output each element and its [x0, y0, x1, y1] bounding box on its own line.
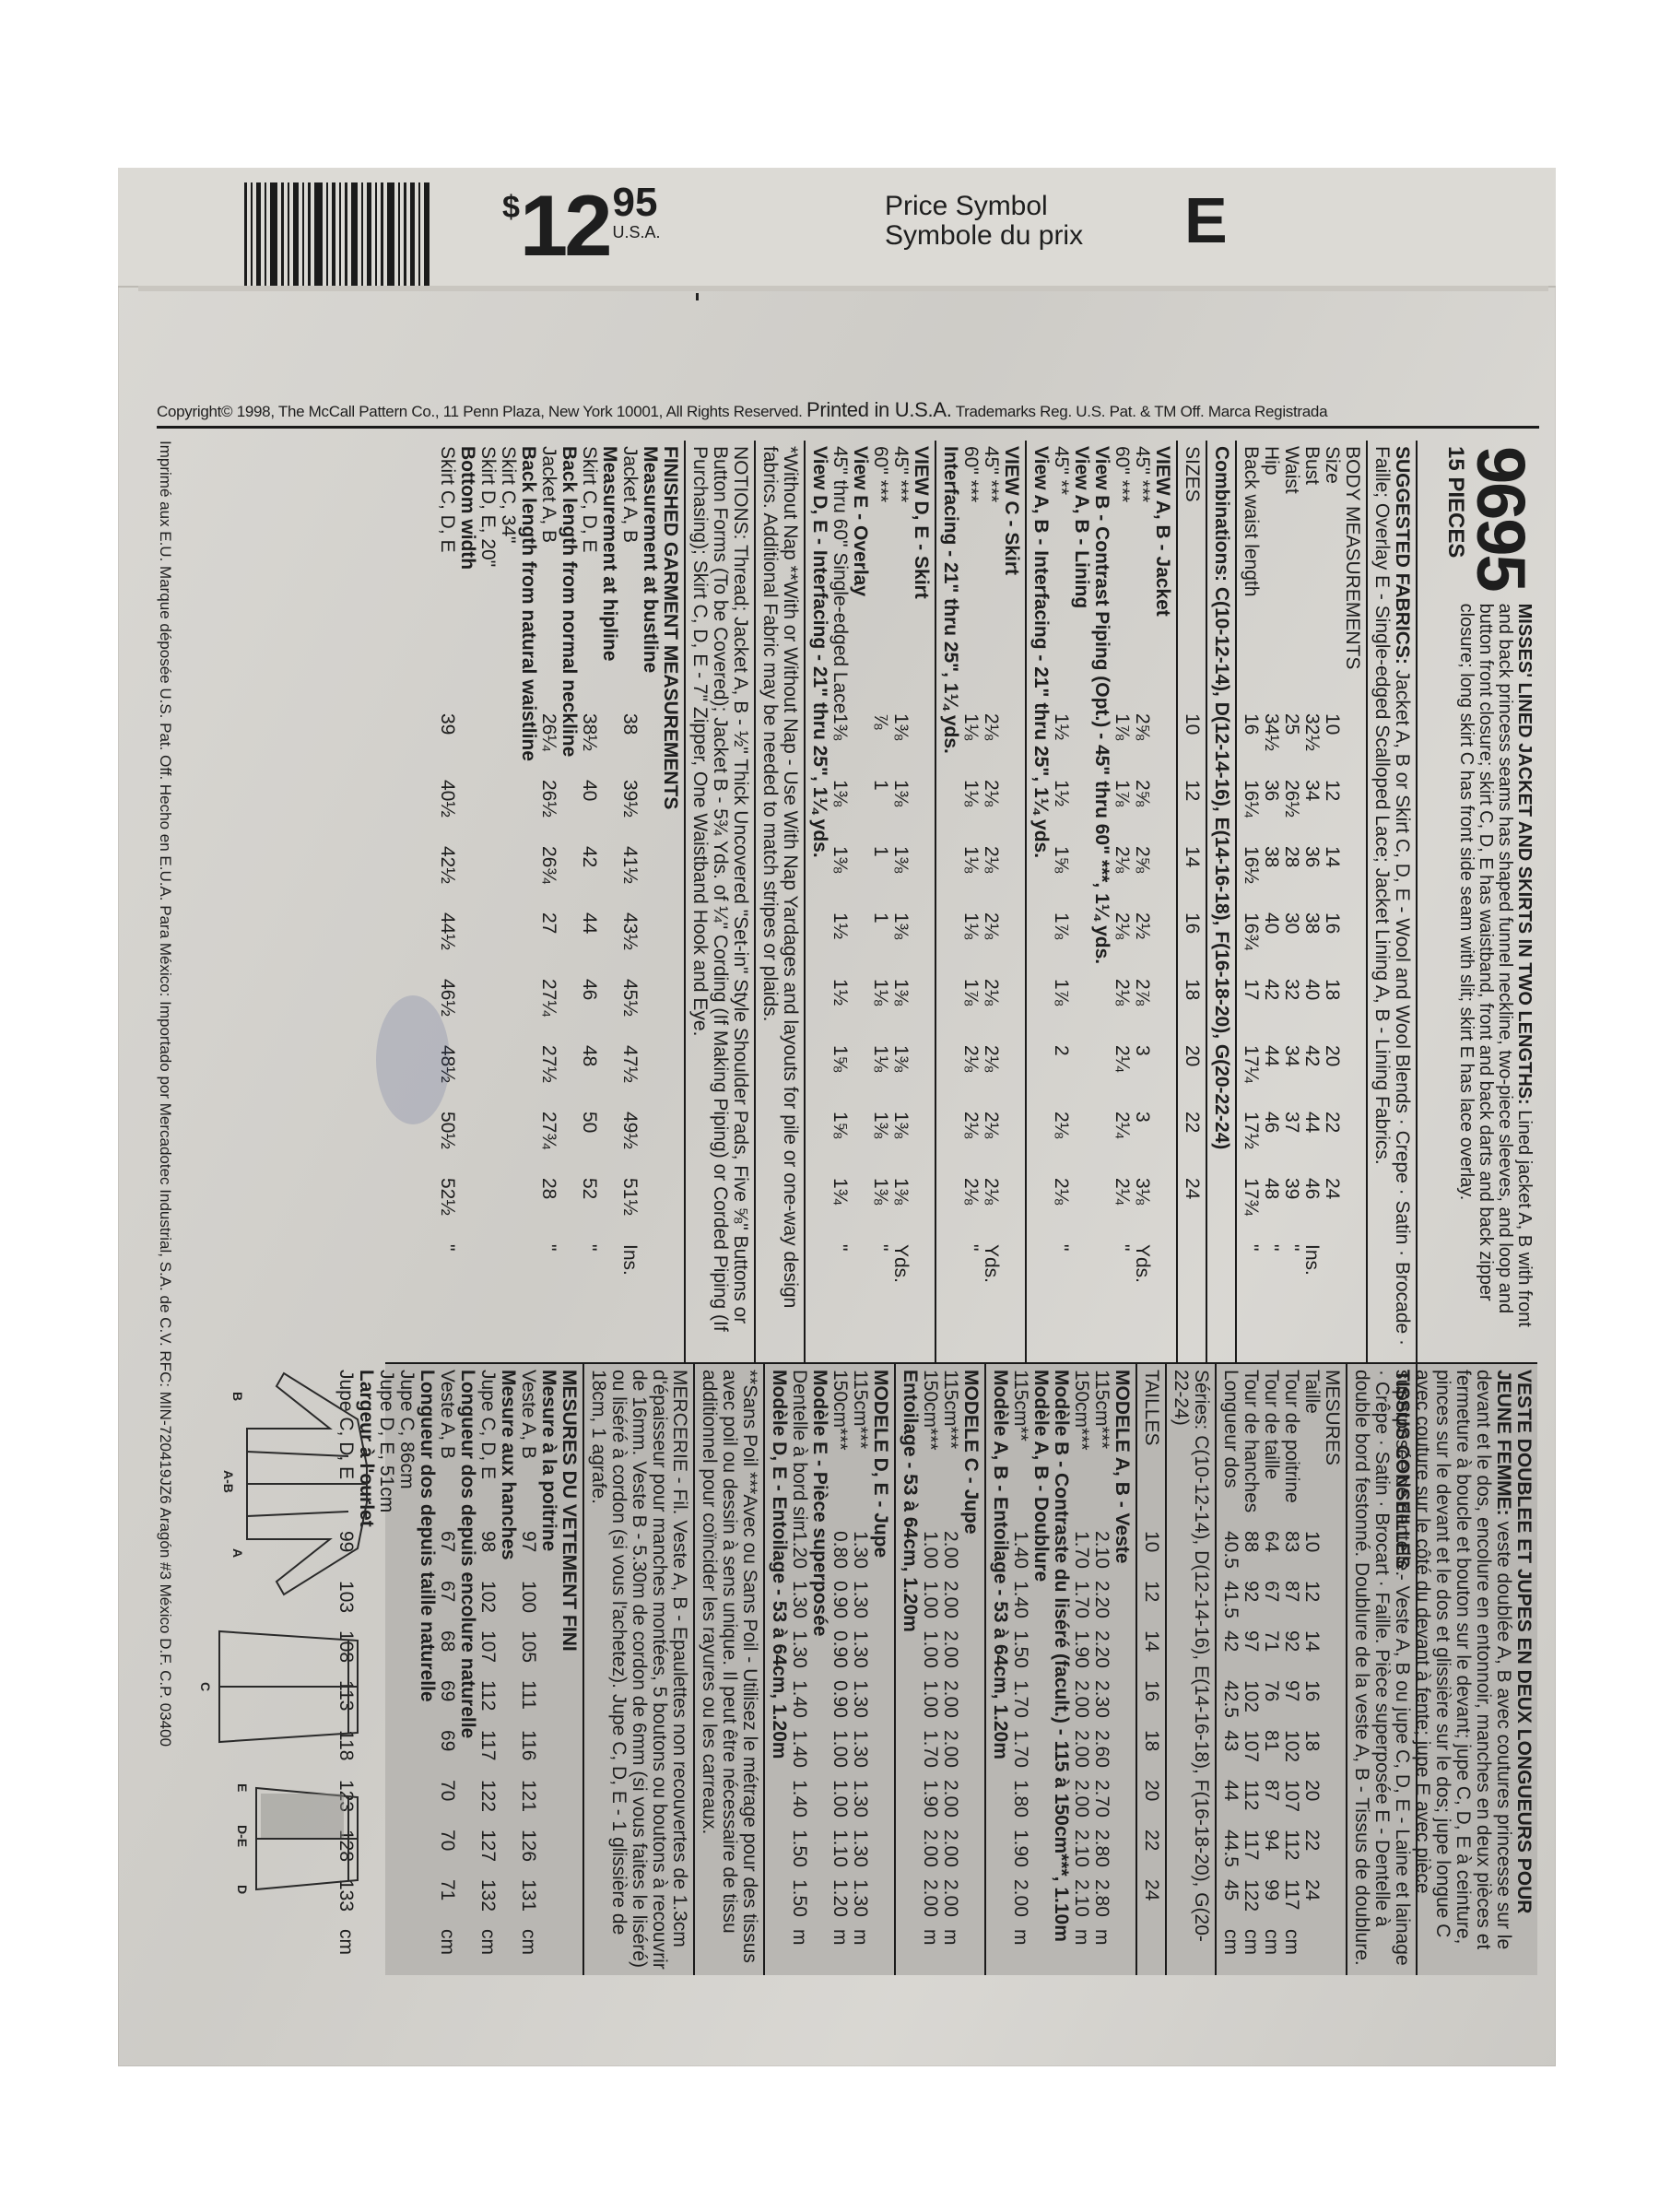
row-value: 40	[1261, 912, 1281, 979]
measurement-row: Jacket A, B3839½41½43½45½47½49½51½Ins.	[619, 446, 640, 1357]
row-value: 38½	[579, 713, 599, 780]
price-cents: 95	[612, 182, 660, 223]
row-value: 44½	[437, 912, 457, 979]
row-value: 34	[1301, 780, 1322, 846]
row-value: 1⅜	[829, 713, 850, 780]
row-value: 1.40	[1010, 1581, 1030, 1630]
row-value: 132	[477, 1879, 498, 1929]
row-value: 2⅛	[981, 846, 1001, 912]
row-value: 88	[1241, 1531, 1261, 1581]
row-value: 2.00	[1071, 1730, 1091, 1780]
row-value: 2⅝	[1132, 713, 1152, 780]
row-value: 1.00	[829, 1780, 850, 1830]
section-heading: MODELE A, B - Veste	[1112, 1370, 1132, 1970]
row-label: Longueur dos	[1220, 1370, 1241, 1531]
notions-en: NOTIONS: Thread; Jacket A, B - ½" Thick …	[684, 441, 754, 1362]
row-value: 43½	[619, 912, 640, 979]
row-value: 2⅛	[1112, 912, 1132, 979]
nap-note-fr: **Sans Poil ***Avec ou Sans Poil - Utili…	[693, 1364, 763, 1975]
section-heading: Measurement at bustline	[640, 446, 660, 1357]
row-value: 2.10	[1091, 1531, 1112, 1581]
row-value: 1	[870, 912, 890, 979]
measurement-row: 115cm***1.301.301.301.301.301.301.301.30…	[850, 1370, 870, 1970]
row-value: 2⅛	[981, 713, 1001, 780]
measurement-row: 115cm***2.002.002.002.002.002.002.002.00…	[940, 1370, 960, 1970]
row-value: 1⅜	[890, 912, 911, 979]
row-label: 150cm***	[829, 1370, 850, 1531]
measurement-row: Jacket A, B26¼26½26¾2727¼27½27¾28"	[538, 446, 559, 1357]
row-value: 20	[1301, 1780, 1322, 1830]
row-value: 39	[1281, 1178, 1301, 1244]
row-value: 1.00	[920, 1630, 940, 1680]
row-value: 1⅝	[829, 1045, 850, 1112]
price-symbol-fr: Symbole du prix	[885, 221, 1083, 251]
row-value: 1.50	[1010, 1630, 1030, 1680]
section-heading: VIEW C - Skirt	[1001, 446, 1021, 1357]
row-value: 50½	[437, 1112, 457, 1178]
row-value: 20	[1322, 1045, 1342, 1112]
row-value: 69	[437, 1730, 457, 1780]
sizes-fr: TAILLES1012141618202224	[1135, 1364, 1165, 1975]
english-bottom-area	[146, 441, 383, 1362]
measurement-row: TAILLES1012141618202224	[1141, 1370, 1161, 1970]
row-value: 2⅛	[1112, 846, 1132, 912]
row-unit: m	[789, 1929, 809, 1970]
measurement-row: 150cm***0.800.900.900.901.001.001.101.20…	[829, 1370, 850, 1970]
row-value: 1.30	[850, 1680, 870, 1730]
row-unit: "	[1051, 1244, 1071, 1285]
row-value: 1⅞	[960, 979, 981, 1045]
row-value: 2.00	[1071, 1680, 1091, 1730]
row-value: 14	[1141, 1630, 1161, 1680]
row-unit: cm	[1220, 1929, 1241, 1970]
svg-text:D-E: D-E	[235, 1825, 250, 1847]
row-value: 10	[1141, 1531, 1161, 1581]
row-value: 1.70	[1010, 1730, 1030, 1780]
row-label: Skirt C, D, E	[437, 446, 457, 713]
row-value: 98	[477, 1531, 498, 1581]
french-column: VESTE DOUBLEE ET JUPES EN DEUX LONGUEURS…	[385, 1364, 1537, 1975]
row-label: Veste A, B	[437, 1370, 457, 1531]
row-unit: "	[1241, 1244, 1261, 1285]
row-value: 16¼	[1241, 780, 1261, 846]
row-value: 117	[1281, 1879, 1301, 1929]
row-value: 2¼	[1112, 1178, 1132, 1244]
combinations-text: Combinations: C(10-12-14), D(12-14-16), …	[1211, 446, 1232, 1149]
row-value: 1½	[1051, 713, 1071, 780]
row-unit: "	[829, 1244, 850, 1285]
row-value: 1.30	[850, 1531, 870, 1581]
price-symbol-label: Price Symbol Symbole du prix	[885, 192, 1083, 251]
measurement-row: Dentelle à bord simple de 115 à 150cm1.2…	[789, 1370, 809, 1970]
row-value: 16	[1241, 713, 1261, 780]
measurement-row: Size1012141618202224	[1322, 446, 1342, 1357]
row-value: 16	[1182, 912, 1202, 979]
row-value: 1⅛	[870, 979, 890, 1045]
row-label: TAILLES	[1141, 1370, 1161, 1531]
row-value: 1⅛	[960, 780, 981, 846]
row-unit: cm	[1241, 1929, 1261, 1970]
row-value: 18	[1301, 1730, 1322, 1780]
row-value: 3	[1132, 1045, 1152, 1112]
row-value: 22	[1301, 1830, 1322, 1879]
row-value: 49½	[619, 1112, 640, 1178]
row-label: 60" ***	[960, 446, 981, 713]
notions-fr: MERCERIE - Fil. Veste A, B - Epaulettes …	[582, 1364, 693, 1975]
row-value: 20	[1182, 1045, 1202, 1112]
row-value: 2⅞	[1132, 979, 1152, 1045]
row-value: 1.30	[850, 1879, 870, 1929]
row-value: ⅞	[870, 713, 890, 780]
row-value: 2.10	[1071, 1830, 1091, 1879]
section-heading: Modèle A, B - Doublure	[1030, 1370, 1051, 1970]
row-value: 34	[1281, 1045, 1301, 1112]
row-value: 1⅜	[890, 713, 911, 780]
french-header: VESTE DOUBLEE ET JUPES EN DEUX LONGUEURS…	[1416, 1364, 1537, 1975]
row-value: 2⅛	[1112, 979, 1132, 1045]
measurement-row: 45" **1½1½1⅝1⅞1⅞22⅛2⅛"	[1051, 446, 1071, 1357]
row-value: 43	[1220, 1730, 1241, 1780]
row-label: 60" ***	[1112, 446, 1132, 713]
tissus-label: TISSUS CONSEILLES	[1392, 1370, 1413, 1569]
row-value: 1.00	[920, 1581, 940, 1630]
row-value: 1⅜	[829, 846, 850, 912]
row-value: 16½	[1241, 846, 1261, 912]
row-value: 47½	[619, 1045, 640, 1112]
row-value: 127	[477, 1830, 498, 1879]
row-label: Back waist length	[1241, 446, 1261, 713]
row-value: 37	[1281, 1112, 1301, 1178]
row-value: 0.90	[829, 1680, 850, 1730]
row-value: 34½	[1261, 713, 1281, 780]
row-value: 44.5	[1220, 1830, 1241, 1879]
row-value: 1⅝	[829, 1112, 850, 1178]
row-label: Tour de poitrine	[1281, 1370, 1301, 1531]
row-value: 1⅜	[890, 846, 911, 912]
row-value: 12	[1182, 780, 1202, 846]
nap-note-text: *Without Nap **With or Without Nap - Use…	[759, 446, 801, 1308]
row-value: 12	[1301, 1581, 1322, 1630]
row-value: 2.70	[1091, 1780, 1112, 1830]
row-label: Tour de taille	[1261, 1370, 1281, 1531]
row-label: Dentelle à bord simple de 115 à 150cm	[789, 1370, 809, 1531]
row-value: 18	[1322, 979, 1342, 1045]
section-heading: Modèle D, E - Entoilage - 53 à 64cm, 1.2…	[769, 1370, 789, 1970]
row-value: 116	[518, 1730, 538, 1780]
svg-text:D: D	[235, 1885, 250, 1894]
row-value: 68	[437, 1630, 457, 1680]
ink-stain	[376, 995, 450, 1124]
row-value: 26¾	[538, 846, 559, 912]
section-heading: View B - Contrast Piping (Opt.) - 45" th…	[1091, 446, 1112, 1357]
row-value: 92	[1281, 1630, 1301, 1680]
row-value: 107	[1241, 1730, 1261, 1780]
row-value: 1.10	[829, 1830, 850, 1879]
row-value: 102	[1281, 1730, 1301, 1780]
row-value: 2⅛	[981, 1045, 1001, 1112]
row-value: 2.80	[1091, 1879, 1112, 1929]
row-label: Jacket A, B	[619, 446, 640, 713]
row-value: 69	[437, 1680, 457, 1730]
yardage-section: VIEW C - Skirt45" ***2⅛2⅛2⅛2⅛2⅛2⅛2⅛2⅛Yds…	[935, 441, 1025, 1362]
section-heading: Mesure à la poitrine	[538, 1370, 559, 1970]
row-label: 150cm***	[920, 1370, 940, 1531]
row-value: 44	[1220, 1780, 1241, 1830]
row-value: 1⅜	[829, 780, 850, 846]
row-value: 2.00	[940, 1730, 960, 1780]
price-country: U.S.A.	[612, 223, 660, 241]
row-value: 40.5	[1220, 1531, 1241, 1581]
section-heading: View A, B - Interfacing - 21" thru 25", …	[1030, 446, 1051, 1357]
row-value: 40	[1301, 979, 1322, 1045]
row-value: 40½	[437, 780, 457, 846]
row-value: 2¼	[1112, 1045, 1132, 1112]
section-heading: FINISHED GARMENT MEASUREMENTS	[660, 446, 680, 1357]
row-value: 28	[538, 1178, 559, 1244]
row-value: 44	[579, 912, 599, 979]
row-value: 48	[579, 1045, 599, 1112]
row-label: Waist	[1281, 446, 1301, 713]
row-value: 1⅛	[960, 912, 981, 979]
row-unit: m	[920, 1929, 940, 1970]
row-label: SIZES	[1182, 446, 1202, 713]
top-rule	[157, 426, 1539, 429]
row-value: 42	[1301, 1045, 1322, 1112]
row-value: 10	[1301, 1531, 1322, 1581]
row-value: 2⅛	[981, 780, 1001, 846]
row-unit: "	[960, 1244, 981, 1285]
row-value: 1.40	[789, 1730, 809, 1780]
measurement-row: SIZES1012141618202224	[1182, 446, 1202, 1357]
yardage-section: MODELE A, B - Veste115cm***2.102.202.202…	[984, 1364, 1135, 1975]
lace-overlay	[261, 1794, 344, 1838]
measurement-row: 60" ***⅞1111⅛1⅛1⅜1⅜"	[870, 446, 890, 1357]
measurement-row: Tour de hanches889297102107112117122cm	[1241, 1370, 1261, 1970]
row-value: 1¾	[829, 1178, 850, 1244]
row-value: 2.00	[940, 1830, 960, 1879]
section-heading: Mesure aux hanches	[498, 1370, 518, 1970]
row-unit: Ins.	[1301, 1244, 1322, 1285]
row-unit: Yds.	[890, 1244, 911, 1285]
row-label: Veste A, B	[518, 1370, 538, 1531]
row-value: 1.70	[1071, 1531, 1091, 1581]
row-value: 30	[1281, 912, 1301, 979]
row-value: 2.30	[1091, 1680, 1112, 1730]
row-value: 1.50	[789, 1879, 809, 1929]
row-value: 48	[1261, 1178, 1281, 1244]
row-value: 46	[1301, 1178, 1322, 1244]
svg-text:A: A	[230, 1548, 245, 1558]
english-column: 9695 15 PIECES MISSES' LINED JACKET AND …	[385, 441, 1537, 1364]
measurement-row: Bust32½34363840424446Ins.	[1301, 446, 1322, 1357]
pattern-header: 9695 15 PIECES MISSES' LINED JACKET AND …	[1416, 441, 1537, 1362]
svg-text:C: C	[198, 1682, 213, 1691]
row-value: 42	[579, 846, 599, 912]
row-value: 112	[1241, 1780, 1261, 1830]
row-value: 92	[1241, 1581, 1261, 1630]
row-value: 44	[1301, 1112, 1322, 1178]
row-value: 2.00	[1071, 1780, 1091, 1830]
section-heading: Bottom width	[457, 446, 477, 1357]
row-value: 100	[518, 1581, 538, 1630]
row-value: 12	[1322, 780, 1342, 846]
nap-note-fr-text: **Sans Poil ***Avec ou Sans Poil - Utili…	[699, 1370, 760, 1963]
row-value: 24	[1141, 1879, 1161, 1929]
section-heading: Longueur dos depuis taille naturelle	[417, 1370, 437, 1970]
row-label: Bust	[1301, 446, 1322, 713]
row-value: 1⅜	[890, 780, 911, 846]
row-value: 2⅛	[1051, 1178, 1071, 1244]
measurement-row: Veste A, B97100105111116121126131cm	[518, 1370, 538, 1970]
row-label: 45" **	[1051, 446, 1071, 713]
row-unit: cm	[1261, 1929, 1281, 1970]
row-value: 2.20	[1091, 1630, 1112, 1680]
row-value: 24	[1301, 1879, 1322, 1929]
row-value: 67	[437, 1531, 457, 1581]
row-value: 32	[1281, 979, 1301, 1045]
measurement-row: Skirt D, E, 20"	[477, 446, 498, 1357]
row-value: 1.30	[850, 1830, 870, 1879]
copyright-line: Copyright© 1998, The McCall Pattern Co.,…	[157, 398, 1539, 422]
row-label: Jupe C, D, E	[477, 1370, 498, 1531]
measurement-row: Taille1012141618202224	[1301, 1370, 1322, 1970]
row-unit: "	[579, 1244, 599, 1285]
row-unit: Ins.	[619, 1244, 640, 1285]
row-value: 71	[437, 1879, 457, 1929]
row-value: 1⅞	[1112, 713, 1132, 780]
row-value: 1⅛	[960, 846, 981, 912]
measurement-row: 60" ***1⅞1⅞2⅛2⅛2⅛2¼2¼2¼"	[1112, 446, 1132, 1357]
row-value: 32½	[1301, 713, 1322, 780]
row-unit: "	[1261, 1244, 1281, 1285]
row-value: 1½	[1051, 780, 1071, 846]
row-value: 122	[1241, 1879, 1261, 1929]
row-value: 42.5	[1220, 1680, 1241, 1730]
row-value: 76	[1261, 1680, 1281, 1730]
series-text: Séries: C(10-12-14), D(12-14-16), E(14-1…	[1171, 1370, 1212, 1942]
measurement-row: Tour de taille6467717681879499cm	[1261, 1370, 1281, 1970]
yardage-en: VIEW A, B - Jacket45" ***2⅝2⅝2⅝2½2⅞333⅛Y…	[804, 441, 1176, 1362]
row-value: 2⅛	[960, 1178, 981, 1244]
section-heading: Measurement at hipline	[599, 446, 619, 1357]
row-value: 1⅞	[1112, 780, 1132, 846]
row-value: 1.40	[1010, 1531, 1030, 1581]
row-value: 2.00	[940, 1879, 960, 1929]
row-value: 67	[1261, 1581, 1281, 1630]
row-value: 42	[1261, 979, 1281, 1045]
row-value: 24	[1322, 1178, 1342, 1244]
row-label: 45" ***	[1132, 446, 1152, 713]
row-unit: cm	[437, 1929, 457, 1970]
section-heading: Longueur dos depuis encolure naturelle	[457, 1370, 477, 1970]
row-unit: "	[1281, 1244, 1301, 1285]
inner-flap-edge	[138, 286, 1548, 291]
row-label: 60" ***	[870, 446, 890, 713]
row-unit: m	[1091, 1929, 1112, 1970]
measurement-row: 45" thru 60" Single-edged Lace1⅜1⅜1⅜1½1½…	[829, 446, 850, 1357]
measurement-row: Skirt C, 34"	[498, 446, 518, 1357]
row-value: 10	[1182, 713, 1202, 780]
row-value: 50	[579, 1112, 599, 1178]
row-value: 122	[477, 1780, 498, 1830]
row-unit: Yds.	[1132, 1244, 1152, 1285]
row-unit: cm	[1281, 1929, 1301, 1970]
row-value: 46	[1261, 1112, 1281, 1178]
yardage-section: MODELE C - Jupe115cm***2.002.002.002.002…	[894, 1364, 984, 1975]
row-value: 2.60	[1091, 1730, 1112, 1780]
row-value: 2.00	[940, 1680, 960, 1730]
svg-text:B: B	[230, 1392, 245, 1401]
row-value: 0.90	[829, 1630, 850, 1680]
row-label: 115cm***	[940, 1370, 960, 1531]
row-value: 1⅞	[1051, 979, 1071, 1045]
row-unit: m	[829, 1929, 850, 1970]
row-value: 1.00	[920, 1680, 940, 1730]
measurement-row: 45" ***2⅝2⅝2⅝2½2⅞333⅛Yds.	[1132, 446, 1152, 1357]
row-value: 1⅜	[890, 979, 911, 1045]
row-value: 26½	[1281, 780, 1301, 846]
fabrics-label: SUGGESTED FABRICS:	[1392, 446, 1413, 665]
section-heading: View A, B - Lining	[1071, 446, 1091, 1357]
row-value: 20	[1141, 1780, 1161, 1830]
row-value: 2.00	[940, 1630, 960, 1680]
row-value: 27	[538, 912, 559, 979]
row-value: 42½	[437, 846, 457, 912]
row-value: 22	[1182, 1112, 1202, 1178]
row-label: Hip	[1261, 446, 1281, 713]
row-value: 51½	[619, 1178, 640, 1244]
row-value: 1½	[829, 912, 850, 979]
row-value: 1.70	[1010, 1680, 1030, 1730]
row-value: 2½	[1132, 912, 1152, 979]
barcode	[244, 175, 539, 286]
section-heading: VIEW A, B - Jacket	[1152, 446, 1172, 1357]
row-value: 2⅛	[1051, 1112, 1071, 1178]
measurement-row: Hip34½36384042444648"	[1261, 446, 1281, 1357]
printed-in: Printed in U.S.A.	[806, 398, 952, 421]
row-value: 1.50	[789, 1830, 809, 1879]
row-value: 22	[1322, 1112, 1342, 1178]
row-value: 45½	[619, 979, 640, 1045]
row-unit: cm	[477, 1929, 498, 1970]
yardage-section: VIEW A, B - Jacket45" ***2⅝2⅝2⅝2½2⅞333⅛Y…	[1025, 441, 1176, 1362]
row-value: 16	[1322, 912, 1342, 979]
svg-text:E: E	[235, 1783, 250, 1792]
row-value: 12	[1141, 1581, 1161, 1630]
row-value: 107	[477, 1630, 498, 1680]
import-footer: Imprimé aux E.U. Marque déposée U.S. Pat…	[155, 441, 175, 1975]
yardage-section: VIEW D, E - Skirt45" ***1⅜1⅜1⅜1⅜1⅜1⅜1⅜1⅜…	[804, 441, 935, 1362]
row-value: 44	[1261, 1045, 1281, 1112]
row-label: Jupe C, 86cm	[396, 1370, 417, 1531]
row-value: 41½	[619, 846, 640, 912]
section-heading: Interfacing - 21" thru 25", 1¼ yds.	[940, 446, 960, 1357]
section-heading: Modèle B - Contraste du liséré (facult.)…	[1051, 1370, 1071, 1970]
row-value: 1.30	[850, 1780, 870, 1830]
row-value: 1.40	[789, 1780, 809, 1830]
row-label: Tour de hanches	[1241, 1370, 1261, 1531]
row-value: 41.5	[1220, 1581, 1241, 1630]
row-value: 14	[1301, 1630, 1322, 1680]
row-value: 22	[1141, 1830, 1161, 1879]
row-value: 14	[1322, 846, 1342, 912]
row-value: 126	[518, 1830, 538, 1879]
row-value: 2.00	[920, 1830, 940, 1879]
section-heading: BODY MEASUREMENTS	[1342, 446, 1362, 1357]
row-value: 111	[518, 1680, 538, 1730]
price-symbol-en: Price Symbol	[885, 192, 1083, 221]
row-value: 2¼	[1112, 1112, 1132, 1178]
